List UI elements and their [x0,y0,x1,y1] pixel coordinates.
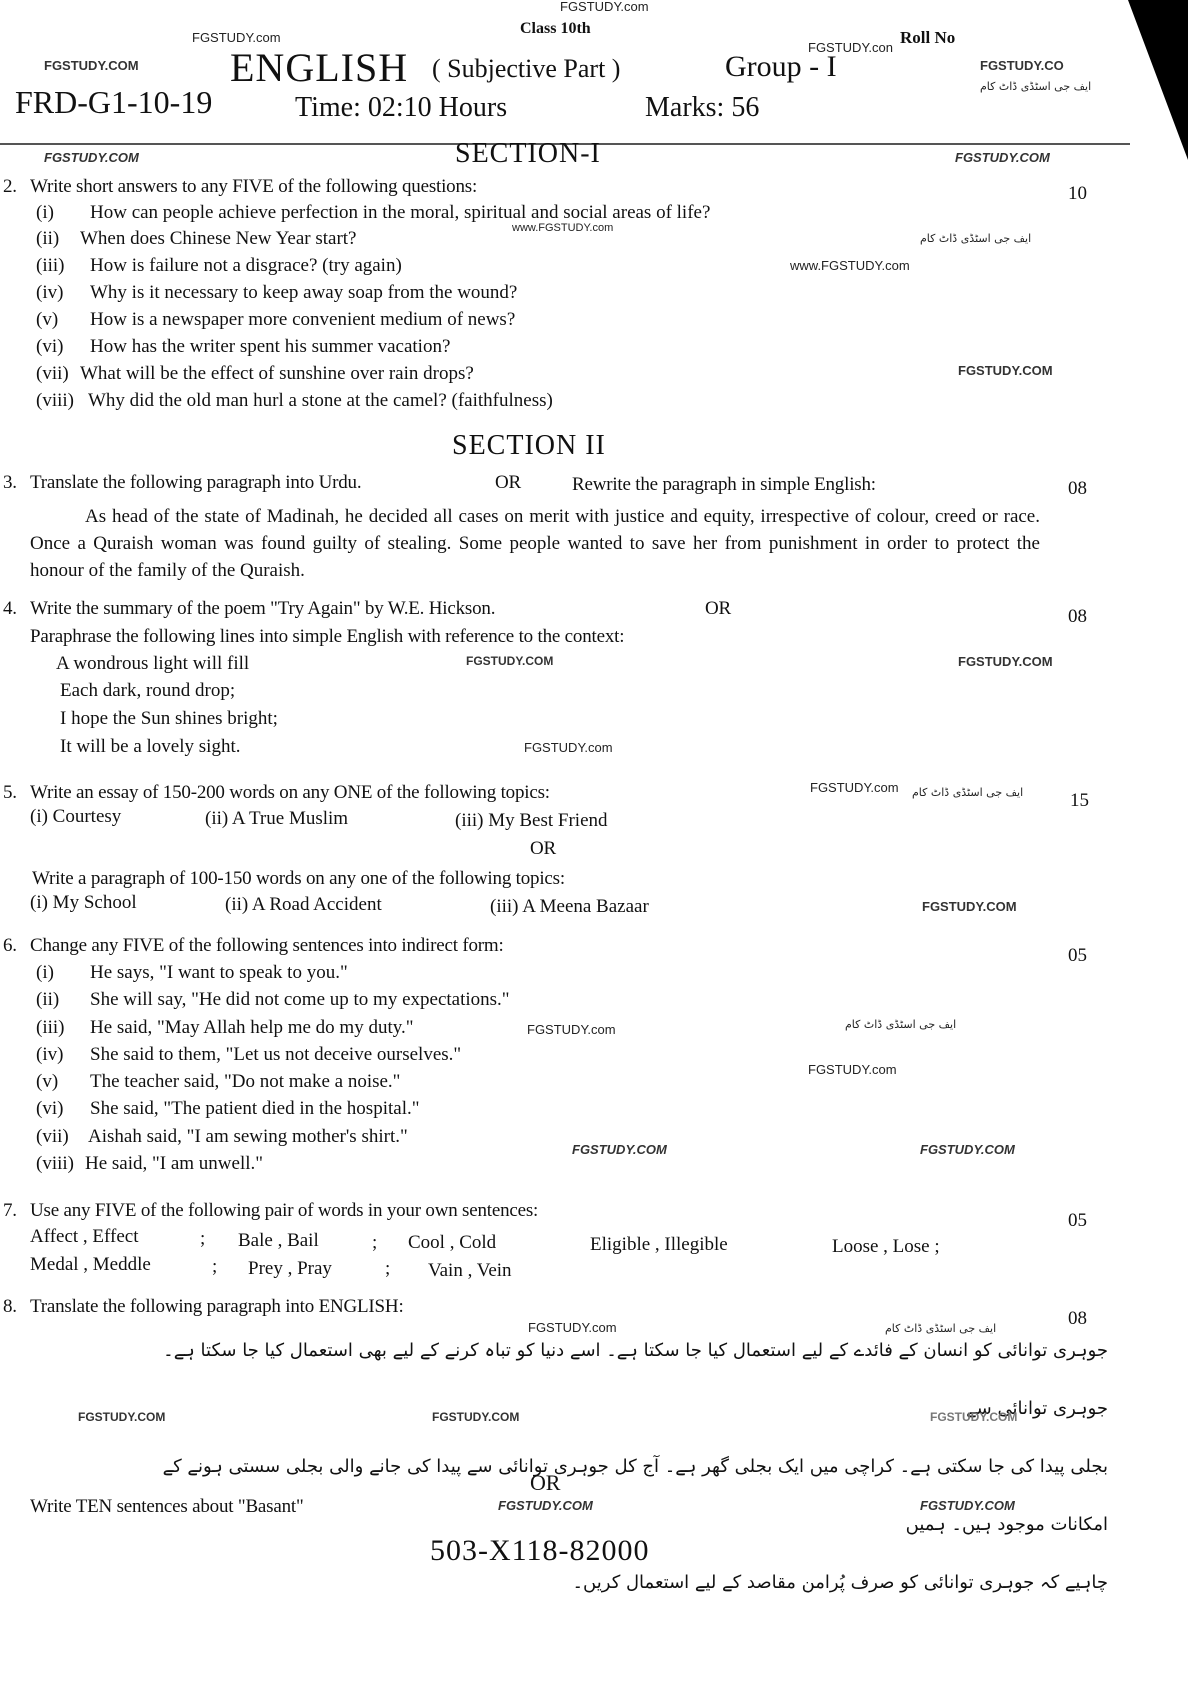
watermark: FGSTUDY.COM [432,1410,519,1424]
watermark: FGSTUDY.COM [920,1142,1015,1157]
q2-item-num: (vii) [36,363,69,385]
separator: ; [200,1228,205,1250]
q6-item-num: (v) [36,1071,58,1093]
q2-item-text: When does Chinese New Year start? [80,228,356,250]
q6-item-num: (iv) [36,1044,63,1066]
watermark: FGSTUDY.com [524,740,613,755]
q5-prompt-b: Write a paragraph of 100-150 words on an… [32,868,565,890]
q5-topic: (i) Courtesy [30,806,121,828]
subject-title: ENGLISH [230,44,408,91]
q7-number: 7. [3,1200,17,1222]
q6-item-text: She said to them, "Let us not deceive ou… [90,1044,461,1066]
word-pair: Loose , Lose ; [832,1236,940,1258]
q8-urdu-paragraph: جوہری توانائی کو انسان کے فائدے کے لیے ا… [108,1322,1108,1612]
watermark-urdu: ایف جی اسٹڈی ڈاٹ کام [980,80,1091,93]
watermark-urdu: ایف جی اسٹڈی ڈاٹ کام [845,1018,956,1031]
q5-number: 5. [3,782,17,804]
watermark: FGSTUDY.COM [466,654,553,668]
word-pair: Eligible , Illegible [590,1234,728,1256]
q2-item-text: What will be the effect of sunshine over… [80,363,474,385]
q6-item-text: She said, "The patient died in the hospi… [90,1098,419,1120]
watermark: FGSTUDY.COM [922,899,1017,914]
poem-line: A wondrous light will fill [56,653,249,675]
paper-footer-code: 503-X118-82000 [430,1534,650,1568]
watermark: FGSTUDY.com [527,1022,616,1037]
word-pair: Bale , Bail [238,1230,319,1252]
word-pair: Affect , Effect [30,1226,139,1248]
watermark: www.FGSTUDY.com [790,258,910,273]
q2-item-num: (vi) [36,336,63,358]
q5-topic-b: (i) My School [30,892,137,914]
word-pair: Prey , Pray [248,1258,332,1280]
watermark: FGSTUDY.COM [955,150,1050,165]
q6-item-num: (viii) [36,1153,74,1175]
q3-paragraph: As head of the state of Madinah, he deci… [30,503,1040,584]
q2-item-text: Why did the old man hurl a stone at the … [88,390,553,412]
q2-item-num: (ii) [36,228,59,250]
q4-number: 4. [3,598,17,620]
q5-topic-b: (ii) A Road Accident [225,894,382,916]
q6-item-num: (iii) [36,1017,65,1039]
q5-marks: 15 [1070,790,1089,812]
watermark: FGSTUDY.COM [930,1410,1017,1424]
word-pair: Cool , Cold [408,1232,496,1254]
q2-item-num: (v) [36,309,58,331]
q2-marks: 10 [1068,183,1087,205]
q6-item-text: The teacher said, "Do not make a noise." [90,1071,400,1093]
q4-or: OR [705,598,731,620]
poem-line: Each dark, round drop; [60,680,235,702]
separator: ; [385,1258,390,1280]
q6-item-num: (i) [36,962,54,984]
q6-item-text: He says, "I want to speak to you." [90,962,348,984]
q6-number: 6. [3,935,17,957]
watermark: FGSTUDY.COM [572,1142,667,1157]
watermark-urdu: ایف جی اسٹڈی ڈاٹ کام [912,786,1023,799]
q8-prompt-b: Write TEN sentences about "Basant" [30,1496,304,1518]
q2-item-text: How has the writer spent his summer vaca… [90,336,450,358]
q8-number: 8. [3,1296,17,1318]
q6-item-text: He said, "I am unwell." [85,1153,263,1175]
q3-marks: 08 [1068,478,1087,500]
q8-prompt: Translate the following paragraph into E… [30,1296,404,1318]
q6-item-text: He said, "May Allah help me do my duty." [90,1017,414,1039]
watermark: FGSTUDY.COM [44,58,139,73]
word-pair: Medal , Meddle [30,1254,151,1276]
q3-number: 3. [3,472,17,494]
q4-prompt-b: Paraphrase the following lines into simp… [30,626,624,648]
q2-item-text: How is a newspaper more convenient mediu… [90,309,515,331]
q6-item-num: (vii) [36,1126,69,1148]
separator: ; [372,1232,377,1254]
q7-marks: 05 [1068,1210,1087,1232]
q2-prompt: Write short answers to any FIVE of the f… [30,176,477,198]
q2-item-text: How is failure not a disgrace? (try agai… [90,255,402,277]
watermark: FGSTUDY.COM [958,363,1053,378]
watermark: FGSTUDY.COM [44,150,139,165]
q3-or: OR [495,472,521,494]
watermark-urdu: ایف جی اسٹڈی ڈاٹ کام [885,1322,996,1335]
word-pair: Vain , Vein [428,1260,512,1282]
roll-no-label: Roll No [900,28,955,48]
q2-item-text: How can people achieve perfection in the… [90,202,710,224]
watermark: FGSTUDY.COM [78,1410,165,1424]
q5-prompt: Write an essay of 150-200 words on any O… [30,782,550,804]
q2-item-num: (iv) [36,282,63,304]
q2-item-num: (viii) [36,390,74,412]
q2-item-text: Why is it necessary to keep away soap fr… [90,282,517,304]
watermark: www.FGSTUDY.com [512,222,613,234]
q6-marks: 05 [1068,945,1087,967]
q4-prompt-a: Write the summary of the poem "Try Again… [30,598,495,620]
section-1-title: SECTION-I [455,138,601,170]
marks-label: Marks: 56 [645,92,759,124]
time-label: Time: 02:10 Hours [295,92,507,124]
watermark-urdu: ایف جی اسٹڈی ڈاٹ کام [920,232,1031,245]
q2-number: 2. [3,176,17,198]
watermark: FGSTUDY.COM [498,1498,593,1513]
q7-prompt: Use any FIVE of the following pair of wo… [30,1200,538,1222]
q3-prompt-a: Translate the following paragraph into U… [30,472,361,494]
q5-or: OR [530,838,556,860]
watermark: FGSTUDY.com [192,30,281,45]
watermark: FGSTUDY.com [810,780,899,795]
class-label: Class 10th [520,20,591,38]
q5-topic: (iii) My Best Friend [455,810,608,832]
poem-line: I hope the Sun shines bright; [60,708,278,730]
q6-item-text: She will say, "He did not come up to my … [90,989,510,1011]
watermark: FGSTUDY.com [560,0,649,14]
q2-item-num: (iii) [36,255,65,277]
group-label: Group - I [725,50,837,84]
q8-or: OR [530,1470,560,1496]
q6-item-num: (ii) [36,989,59,1011]
q3-prompt-b: Rewrite the paragraph in simple English: [572,474,876,496]
q4-marks: 08 [1068,606,1087,628]
q6-prompt: Change any FIVE of the following sentenc… [30,935,504,957]
q5-topic-b: (iii) A Meena Bazaar [490,896,649,918]
watermark: FGSTUDY.COM [920,1498,1015,1513]
paper-code: FRD-G1-10-19 [15,84,212,121]
watermark: FGSTUDY.com [528,1320,617,1335]
watermark: FGSTUDY.COM [958,654,1053,669]
q6-item-text: Aishah said, "I am sewing mother's shirt… [88,1126,408,1148]
scan-corner-shadow [1128,0,1188,160]
q6-item-num: (vi) [36,1098,63,1120]
separator: ; [212,1256,217,1278]
watermark: FGSTUDY.CO [980,58,1064,73]
section-2-title: SECTION II [452,430,606,462]
q5-topic: (ii) A True Muslim [205,808,348,830]
part-label: ( Subjective Part ) [432,54,620,84]
poem-line: It will be a lovely sight. [60,736,240,758]
q2-item-num: (i) [36,202,54,224]
watermark: FGSTUDY.com [808,1062,897,1077]
